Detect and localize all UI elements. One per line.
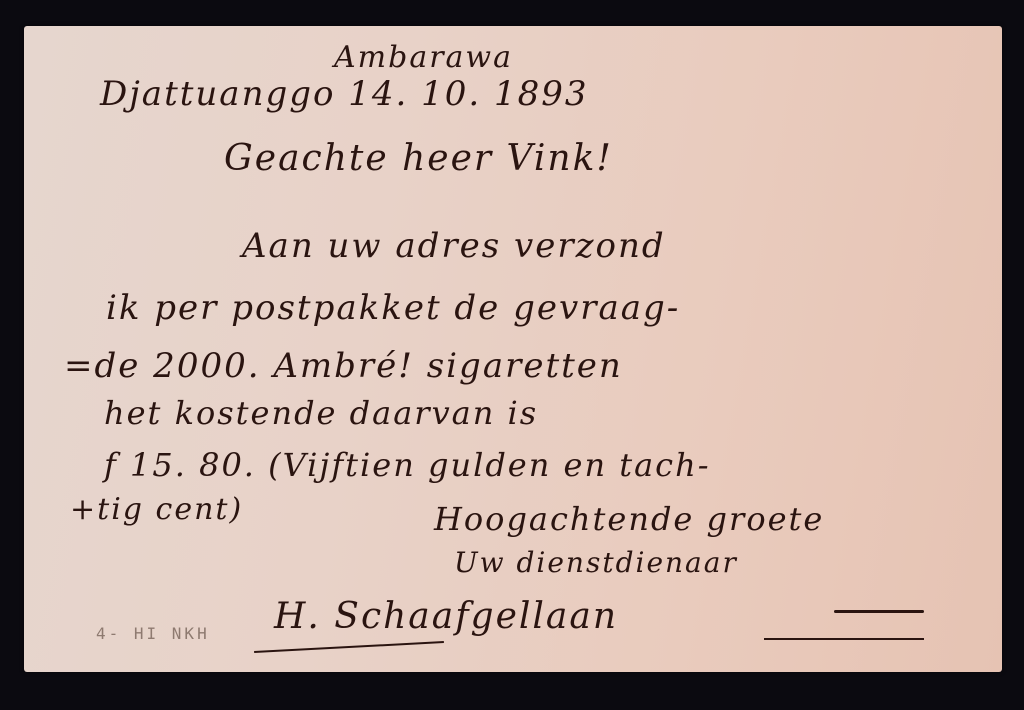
place-heading: Ambarawa — [334, 40, 513, 75]
closing-line-2: Uw dienstdienaar — [454, 546, 738, 579]
signature: H. Schaafgellaan — [274, 596, 618, 637]
signature-underline — [254, 641, 444, 653]
location-date: Djattuanggo 14. 10. 1893 — [100, 74, 589, 114]
signature-dash — [834, 610, 924, 613]
body-line-2: ik per postpakket de gevraag- — [106, 288, 680, 328]
body-line-1: Aan uw adres verzond — [242, 226, 666, 266]
body-line-5: f 15. 80. (Vijftien gulden en tach- — [104, 446, 711, 484]
signature-flourish — [764, 638, 924, 640]
postcard: Ambarawa Djattuanggo 14. 10. 1893 Geacht… — [24, 26, 1002, 672]
body-line-3: =de 2000. Ambré! sigaretten — [64, 346, 623, 386]
body-line-6: +tig cent) — [70, 492, 243, 527]
salutation: Geachte heer Vink! — [224, 138, 613, 179]
closing-line-1: Hoogachtende groete — [434, 500, 824, 538]
body-line-4: het kostende daarvan is — [104, 394, 538, 432]
pencil-catalog-note: 4- HI NKH — [96, 624, 210, 643]
